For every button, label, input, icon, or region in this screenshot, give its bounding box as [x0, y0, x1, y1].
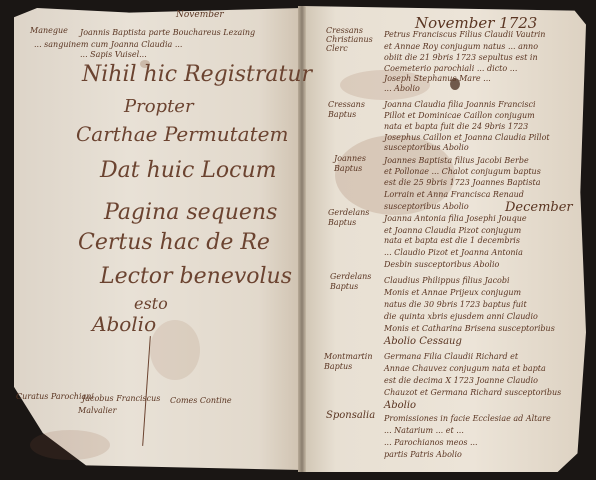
entry-line: susceptoribus Abolio: [384, 202, 469, 211]
left-top-line: Joannis Baptista parte Bouchareus Lezain…: [80, 28, 255, 37]
entry-line: ... Abolio: [384, 84, 420, 93]
entry-line: susceptoribus Abolio: [384, 143, 469, 152]
entry-margin: Joannes Baptus: [334, 154, 374, 174]
left-top-line: ... Sapis Vuisel...: [80, 50, 147, 59]
entry-line: est die decima X 1723 Joanne Claudio: [384, 376, 538, 385]
entry-line: nata et bapta fuit die 24 9bris 1723: [384, 122, 528, 131]
entry-line: Abolio: [384, 400, 416, 411]
bottom-name: Jacobus Franciscus: [82, 394, 160, 403]
left-margin-note: Manegue: [30, 26, 68, 35]
entry-line: est die 25 9bris 1723 Joannes Baptista: [384, 178, 541, 187]
ink-stain: [150, 320, 200, 380]
entry-margin: Sponsalia: [326, 410, 375, 421]
bottom-name: Malvalier: [78, 406, 116, 415]
entry-line: Joanna Antonia filia Josephi Jouque: [384, 214, 527, 223]
entry-line: et Pollonae ... Chalot conjugum baptus: [384, 167, 541, 176]
entry-line: Claudius Philippus filius Jacobi: [384, 276, 510, 285]
entry-line: Germana Filia Claudii Richard et: [384, 352, 518, 361]
entry-line: Joannes Baptista filius Jacobi Berbe: [384, 156, 529, 165]
entry-line: Petrus Franciscus Filius Claudii Vautrin: [384, 30, 545, 39]
entry-margin: Montmartin Baptus: [324, 352, 368, 372]
entry-margin: Gerdelans Baptus: [328, 208, 368, 228]
entry-line: ... Natarium ... et ...: [384, 426, 464, 435]
entry-line: ... Claudio Pizot et Joanna Antonia: [384, 248, 523, 257]
main-text-line: Dat huic Locum: [100, 158, 276, 183]
main-text-line: Lector benevolus: [100, 264, 292, 289]
entry-line: Coemeterio parochiali ... dicto ...: [384, 64, 517, 73]
entry-line: Desbin susceptoribus Abolio: [384, 260, 499, 269]
entry-line: Monis et Annae Prijeux conjugum: [384, 288, 521, 297]
entry-margin: Cressans Christianus Clerc: [326, 26, 366, 53]
entry-line: et Annae Roy conjugum natus ... anno: [384, 42, 538, 51]
month-heading: December: [505, 200, 573, 215]
entry-line: Annae Chauvez conjugum nata et bapta: [384, 364, 546, 373]
entry-line: Monis et Catharina Brisena susceptoribus: [384, 324, 555, 333]
entry-line: Chauzot et Germana Richard susceptoribus: [384, 388, 561, 397]
main-text-line: Propter: [124, 96, 194, 117]
main-text-line: esto: [134, 294, 168, 313]
entry-line: et Joanna Claudia Pizot conjugum: [384, 226, 521, 235]
bottom-name: Comes Contine: [170, 396, 232, 405]
entry-line: partis Patris Abolio: [384, 450, 462, 459]
entry-line: Abolio Cessaug: [384, 336, 462, 347]
main-text-line: Nihil hic Registratur: [82, 62, 312, 87]
entry-line: ... Parochianos meos ...: [384, 438, 478, 447]
main-text-line: Pagina sequens: [104, 200, 277, 225]
entry-line: Joanna Claudia filia Joannis Francisci: [384, 100, 536, 109]
entry-line: natus die 30 9bris 1723 baptus fuit: [384, 300, 527, 309]
entry-margin: Cressans Baptus: [328, 100, 368, 120]
ink-stain: [30, 430, 110, 460]
entry-line: Promissiones in facie Ecclesiae ad Altar…: [384, 414, 551, 423]
main-text-line: Certus hac de Re: [78, 230, 270, 255]
entry-line: nata et bapta est die 1 decembris: [384, 236, 520, 245]
left-header-month: November: [176, 10, 224, 20]
main-text-signature: Abolio: [92, 312, 156, 336]
entry-line: Lorrain et Anna Francisca Renaud: [384, 190, 524, 199]
entry-line: Pillot et Dominicae Caillon conjugum: [384, 111, 535, 120]
entry-line: obiit die 21 9bris 1723 sepultus est in: [384, 53, 538, 62]
entry-line: Josephus Caillon et Joanna Claudia Pillo…: [384, 133, 550, 142]
left-top-line: ... sanguinem cum Joanna Claudia ...: [34, 40, 182, 49]
entry-line: die quinta xbris ejusdem anni Claudio: [384, 312, 538, 321]
main-text-line: Carthae Permutatem: [76, 122, 288, 146]
entry-line: Joseph Stephanus Mare ...: [384, 74, 491, 83]
entry-margin: Gerdelans Baptus: [330, 272, 370, 292]
